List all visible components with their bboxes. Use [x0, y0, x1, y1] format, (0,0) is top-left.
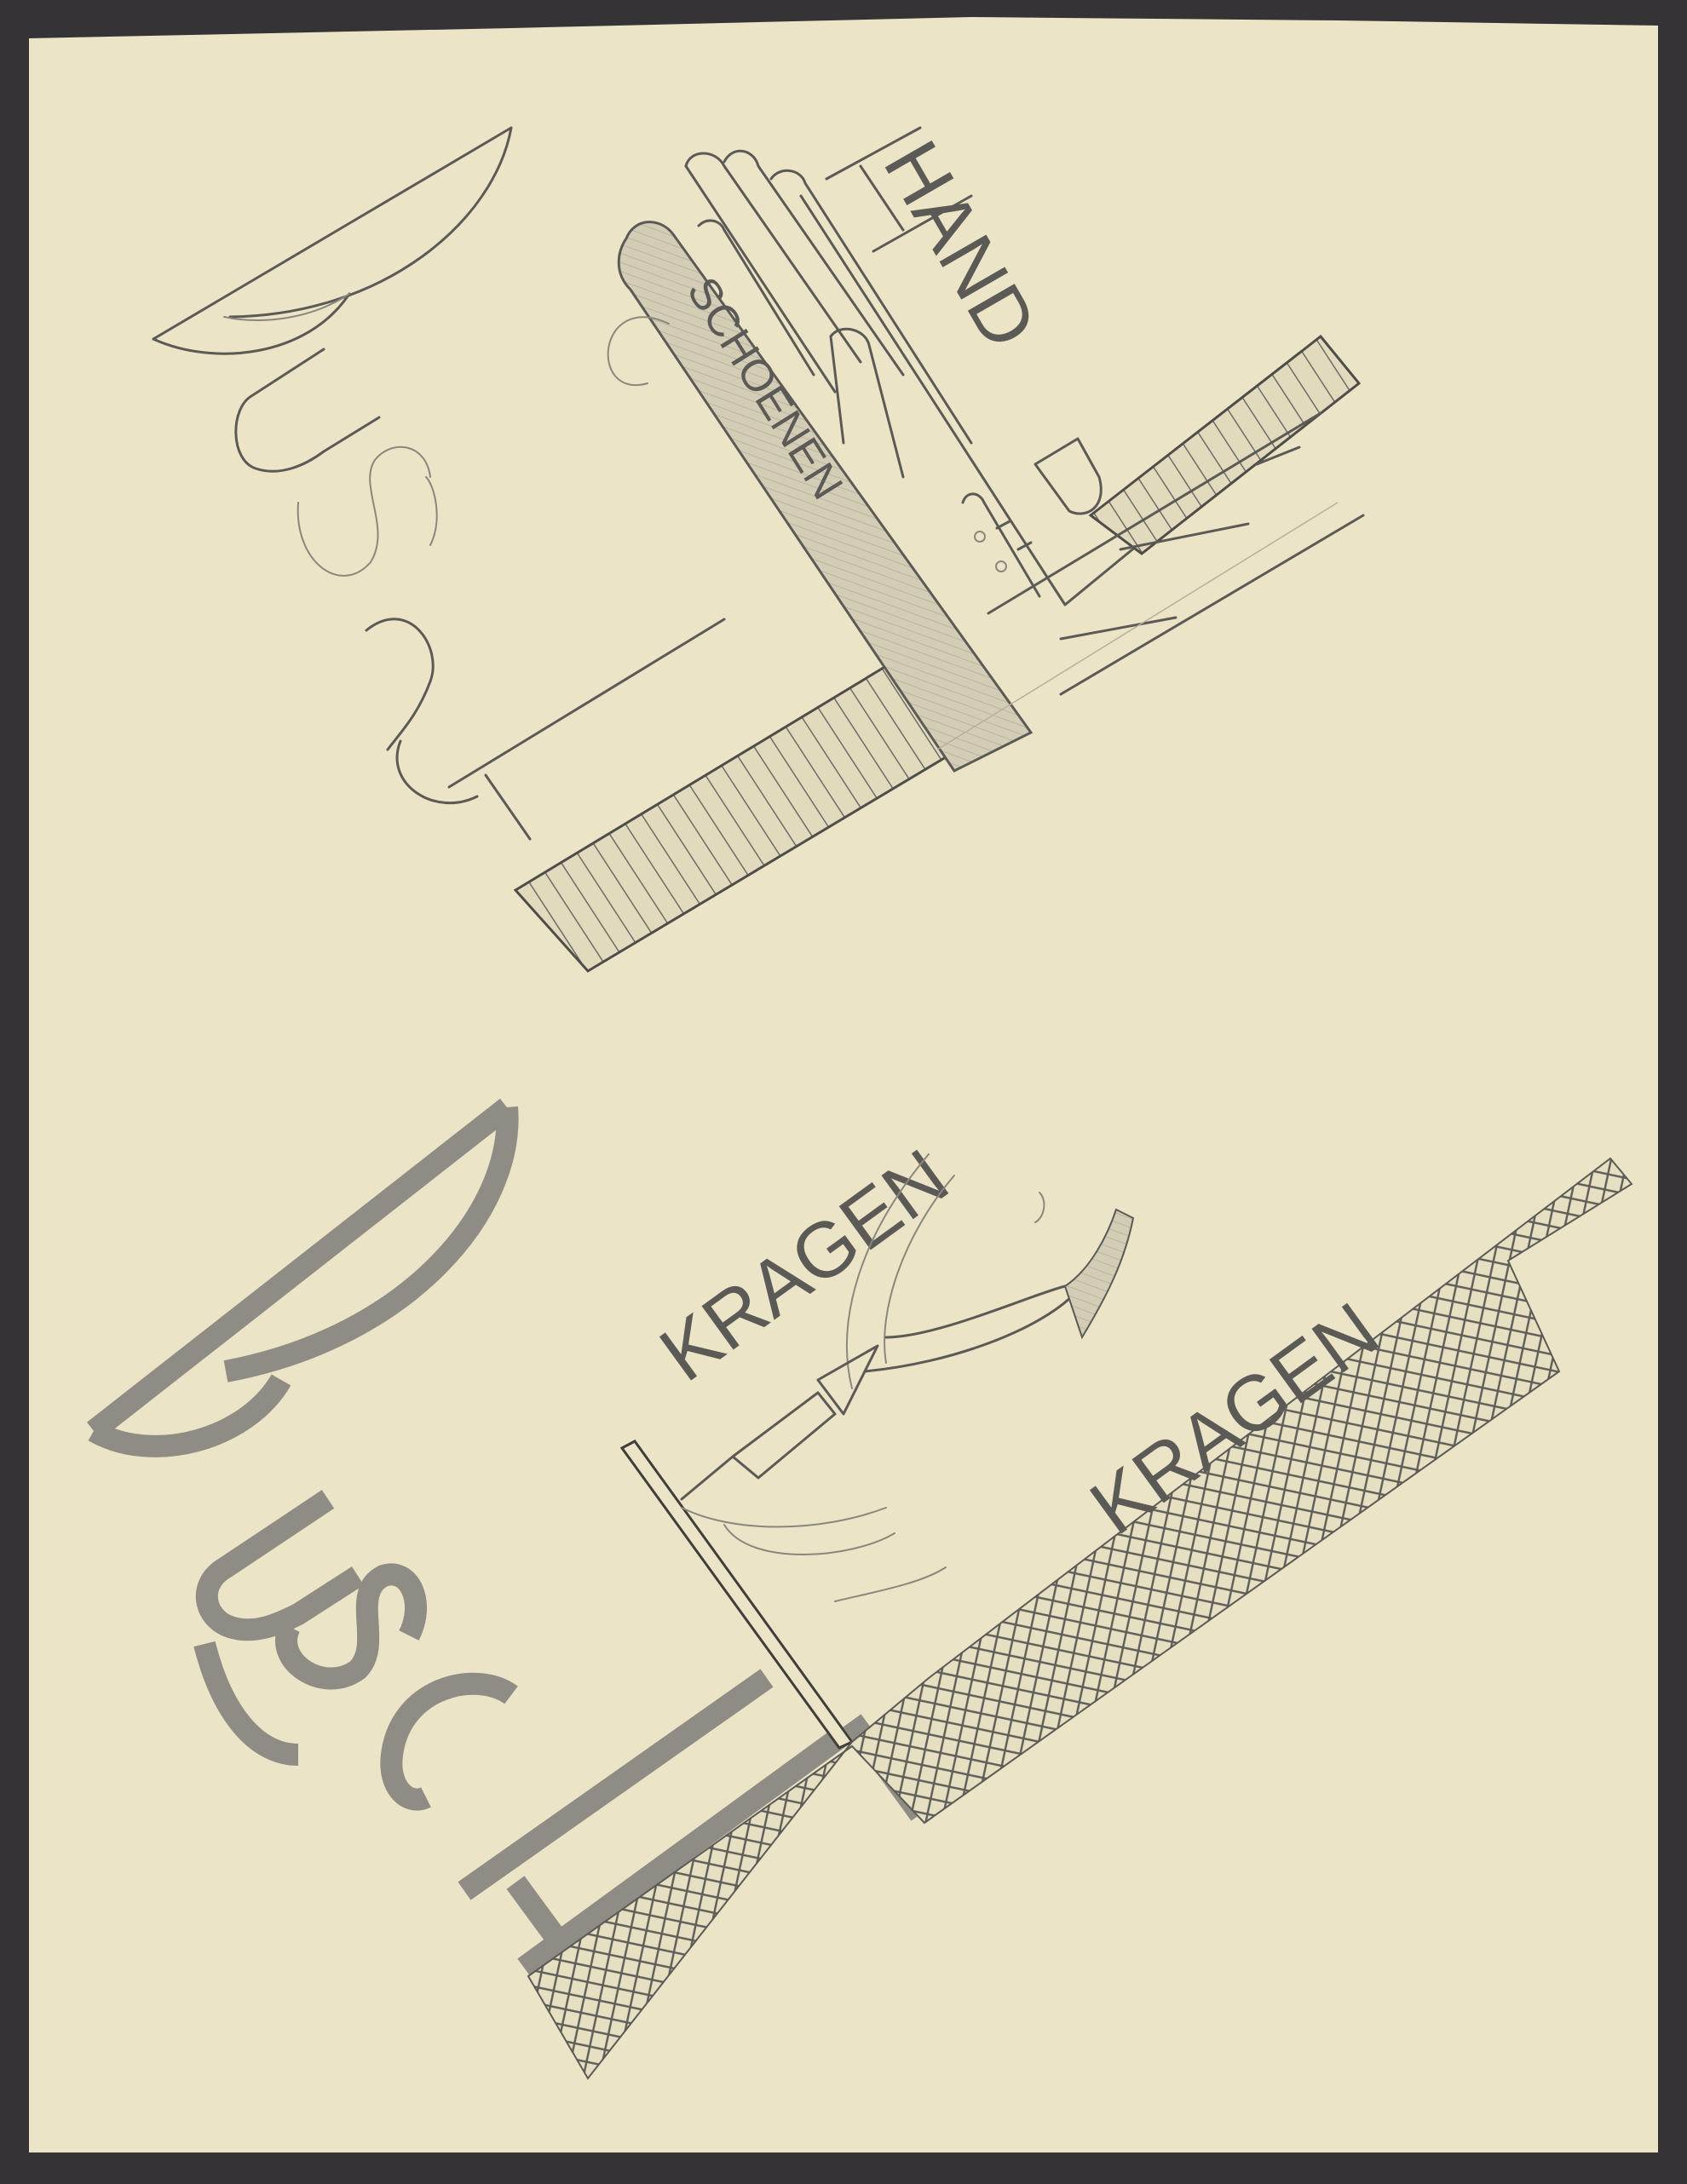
artwork-canvas: SCHOENEN HAND: [0, 0, 1687, 2184]
